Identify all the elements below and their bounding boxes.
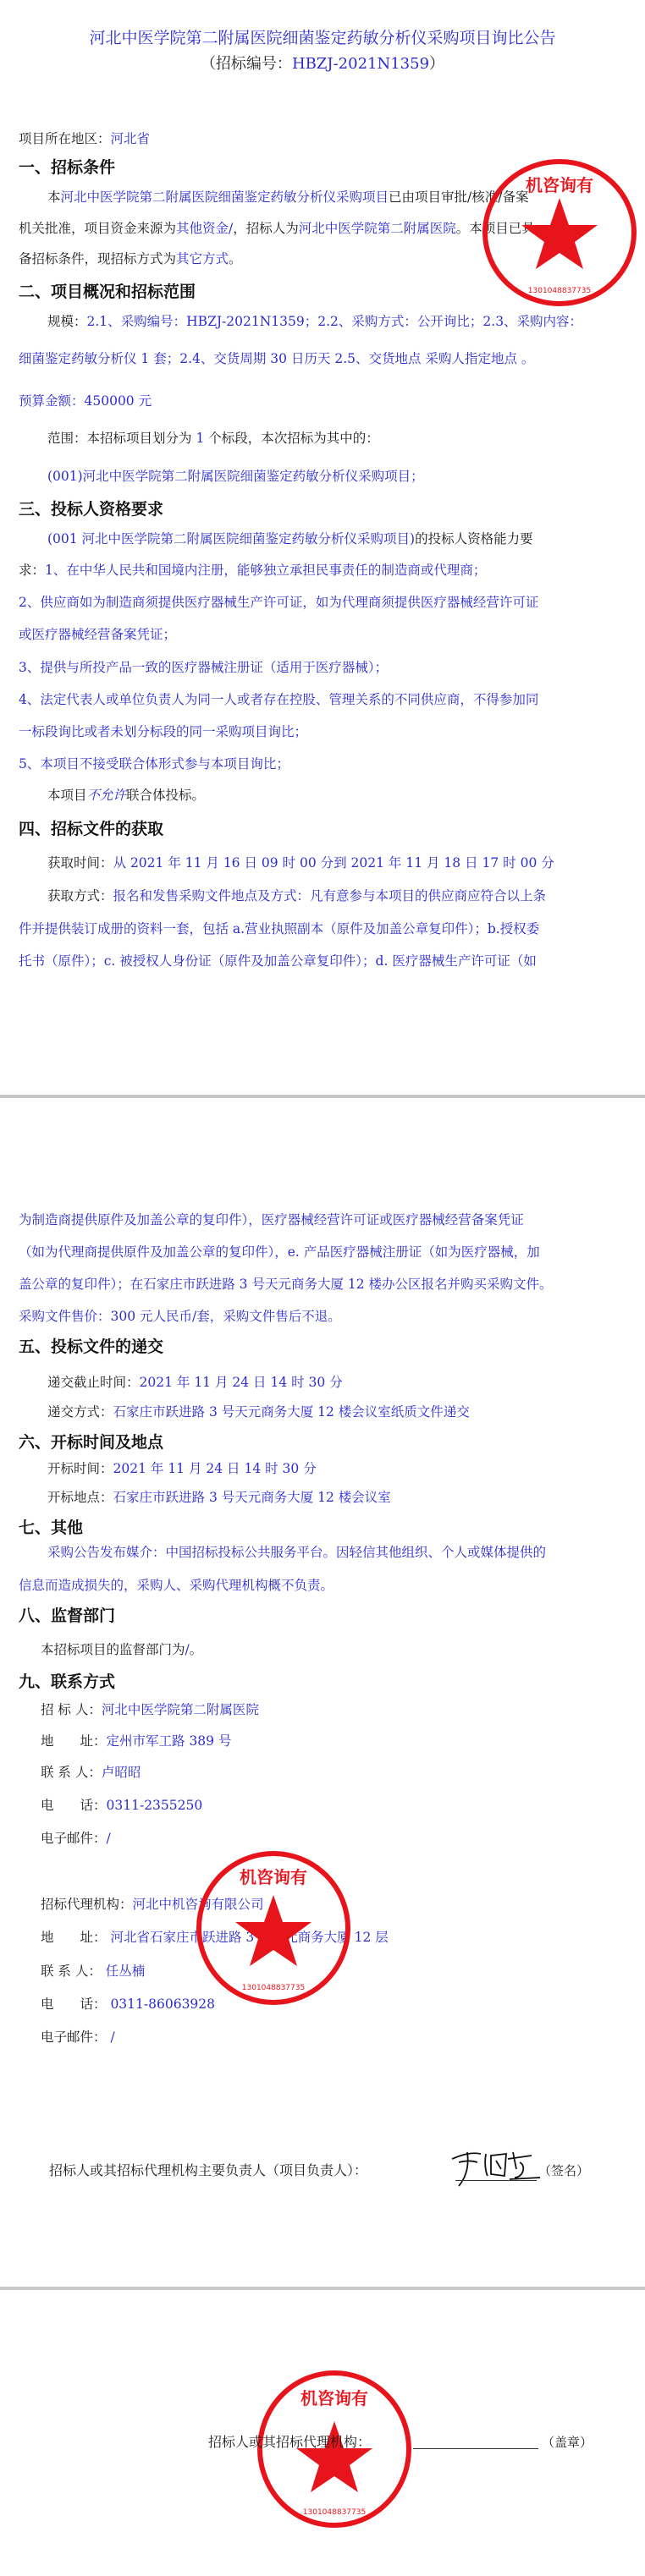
field-label: 联 系 人： (41, 1765, 102, 1780)
signature-label: 招标人或其招标代理机构主要负责人（项目负责人）： (49, 2162, 367, 2179)
requirement-2: 2、供应商如为制造商须提供医疗器械生产许可证，如为代理商须提供医疗器械经营许可证 (19, 594, 538, 611)
requirement-3: 3、提供与所投产品一致的医疗器械注册证（适用于医疗器械）； (19, 659, 388, 676)
text: ，招标人为 (233, 221, 299, 236)
opening-place-value: 石家庄市跃进路 3 号天元商务大厦 12 楼会议室 (113, 1490, 391, 1505)
svg-text:机咨询有: 机咨询有 (240, 1867, 307, 1887)
svg-text:1301048837735: 1301048837735 (303, 2508, 366, 2517)
submission-method: 递交方式：石家庄市跃进路 3 号天元商务大厦 12 楼会议室纸质文件递交 (47, 1403, 470, 1420)
text: 联合体投标。 (126, 788, 205, 803)
s4-method: 获取方式：报名和发售采购文件地点及方式：凡有意参与本项目的供应商应符合以上条 (47, 887, 546, 904)
section-heading-6: 六、开标时间及地点 (19, 1432, 163, 1453)
section-heading-7: 七、其他 (19, 1518, 83, 1538)
s4-line5: 为制造商提供原件及加盖公章的复印件），医疗器械经营许可证或医疗器械经营备案凭证 (19, 1211, 524, 1228)
text: 开标地点： (47, 1490, 113, 1505)
location-label: 项目所在地区： (19, 131, 111, 146)
text: 递交方式： (47, 1404, 113, 1420)
company-seal-icon: 机咨询有 1301048837735 (481, 157, 638, 308)
field-value: / (107, 1831, 111, 1846)
section-heading-9: 九、联系方式 (19, 1672, 115, 1692)
s4-time: 获取时间：从 2021 年 11 月 16 日 09 时 00 分到 2021 … (47, 854, 554, 871)
field-value: / (107, 2029, 115, 2045)
agency-contact-row: 联 系 人： 任丛楠 (41, 1963, 145, 1980)
text: 个标段，本次招标为其中的： (208, 431, 379, 446)
text: 开标时间： (47, 1461, 113, 1476)
text: 规模： (47, 314, 87, 329)
budget-amount: 预算金额：450000 元 (19, 393, 152, 409)
field-value: 任丛楠 (102, 1964, 145, 1979)
text: 范围：本招标项目划分为 (47, 431, 192, 446)
field-label: 电 话： (41, 1997, 107, 2012)
field-label: 招 标 人： (41, 1702, 102, 1717)
supervision-dept: 本招标项目的监督部门为/。 (41, 1641, 202, 1658)
text: 。 (190, 1642, 203, 1657)
tenderer-contact-row: 联 系 人：卢昭昭 (41, 1764, 141, 1781)
text: 获取时间： (47, 855, 113, 871)
stamp-suffix: （盖章） (542, 2434, 593, 2451)
submission-place: 石家庄市跃进路 3 号天元商务大厦 12 楼会议室纸质文件递交 (113, 1404, 470, 1420)
field-value: 卢昭昭 (102, 1765, 141, 1780)
deadline-value: 2021 年 11 月 24 日 14 时 30 分 (140, 1375, 343, 1390)
signature-underline (455, 2180, 537, 2181)
company-seal-icon: 机咨询有 1301048837735 (193, 1848, 354, 2008)
agency-email-row: 电子邮件： / (41, 2029, 115, 2046)
opening-place: 开标地点：石家庄市跃进路 3 号天元商务大厦 12 楼会议室 (47, 1489, 391, 1506)
agency-phone-row: 电 话： 0311-86063928 (41, 1996, 215, 2013)
tender-number: （招标编号：HBZJ-2021N1359） (0, 54, 645, 74)
field-value: 0311-2355250 (107, 1798, 203, 1813)
handwritten-signature-icon (447, 2144, 542, 2191)
requirement-4: 4、法定代表人或单位负责人为同一人或者存在控股、管理关系的不同供应商，不得参加同 (19, 691, 538, 708)
page-separator (0, 1095, 645, 1098)
text: 本 (47, 189, 61, 205)
s3-line2: 求：1、在中华人民共和国境内注册，能够独立承担民事责任的制造商或代理商； (19, 562, 486, 579)
field-label: 招标代理机构： (41, 1897, 133, 1912)
tender-number-code: HBZJ-2021N1359 (292, 55, 429, 73)
requirement-1: 1、在中华人民共和国境内注册，能够独立承担民事责任的制造商或代理商； (45, 563, 486, 578)
text: 备招标条件，现招标方式为 (19, 251, 176, 266)
document-price: 采购文件售价：300 元人民币/套，采购文件售后不退。 (19, 1308, 341, 1325)
location-value: 河北省 (111, 131, 151, 146)
section-heading-8: 八、监督部门 (19, 1606, 115, 1626)
s2-scope: 范围：本招标项目划分为 1 个标段，本次招标为其中的： (47, 430, 379, 447)
s7-line1: 采购公告发布媒介：中国招标投标公共服务平台。因轻信其他组织、个人或媒体提供的 (47, 1544, 546, 1561)
tenderer-address-row: 地 址：定州市军工路 389 号 (41, 1733, 231, 1749)
section-heading-5: 五、投标文件的递交 (19, 1337, 163, 1357)
tenderer-phone-row: 电 话：0311-2355250 (41, 1797, 202, 1814)
text: 的投标人资格能力要 (415, 531, 533, 547)
section-heading-4: 四、招标文件的获取 (19, 819, 163, 839)
s4-line6: （如为代理商提供原件及加盖公章的复印件），e. 产品医疗器械注册证（如为医疗器械… (19, 1244, 540, 1261)
svg-text:机咨询有: 机咨询有 (526, 175, 593, 195)
svg-text:机咨询有: 机咨询有 (300, 2388, 368, 2408)
field-label: 联 系 人： (41, 1964, 102, 1979)
s4-line7: 盖公章的复印件）；在石家庄市跃进路 3 号天元商务大厦 12 楼办公区报名并购买… (19, 1276, 553, 1293)
svg-text:1301048837735: 1301048837735 (242, 1984, 305, 1992)
fund-source: 其他资金/ (176, 221, 233, 236)
stamp-label: 招标人或其招标代理机构： (208, 2434, 371, 2451)
project-name: 河北中医学院第二附属医院细菌鉴定药敏分析仪采购项目 (61, 189, 389, 205)
field-label: 地 址： (41, 1930, 107, 1945)
text: 本招标项目的监督部门为 (41, 1642, 185, 1657)
project-location: 项目所在地区：河北省 (19, 130, 150, 147)
field-label: 电子邮件： (41, 1831, 107, 1846)
text: 递交截止时间： (47, 1375, 140, 1390)
requirement-5: 5、本项目不接受联合体形式参与本项目询比； (19, 755, 289, 772)
svg-text:1301048837735: 1301048837735 (528, 287, 591, 295)
acquisition-time: 从 2021 年 11 月 16 日 09 时 00 分到 2021 年 11 … (113, 855, 554, 871)
field-label: 电 话： (41, 1798, 107, 1813)
consortium-note: 本项目不允许联合体投标。 (47, 787, 205, 804)
requirement-2-cont: 或医疗器械经营备案凭证； (19, 626, 176, 643)
tenderer-name: 河北中医学院第二附属医院 (299, 221, 456, 236)
s1-line2: 机关批准，项目资金来源为其他资金/，招标人为河北中医学院第二附属医院。本项目已具 (19, 220, 535, 237)
field-value: 河北中医学院第二附属医院 (102, 1702, 259, 1717)
text: 。 (229, 251, 242, 266)
text: 本项目 (47, 788, 87, 803)
lot-count: 1 (192, 431, 209, 446)
page-separator (0, 2287, 645, 2290)
lot-name: (001 河北中医学院第二附属医院细菌鉴定药敏分析仪采购项目) (47, 531, 415, 547)
s2-line1: 规模：2.1、采购编号：HBZJ-2021N1359；2.2、采购方式：公开询比… (47, 313, 582, 330)
text: 机关批准，项目资金来源为 (19, 221, 176, 236)
submission-deadline: 递交截止时间：2021 年 11 月 24 日 14 时 30 分 (47, 1374, 343, 1391)
s1-line1: 本河北中医学院第二附属医院细菌鉴定药敏分析仪采购项目已由项目审批/核准/备案 (47, 189, 528, 206)
tender-number-suffix: ） (429, 55, 444, 73)
section-heading-3: 三、投标人资格要求 (19, 499, 163, 519)
opening-time: 开标时间：2021 年 11 月 24 日 14 时 30 分 (47, 1460, 317, 1477)
section-heading-1: 一、招标条件 (19, 157, 115, 178)
document-title: 河北中医学院第二附属医院细菌鉴定药敏分析仪采购项目询比公告 (0, 27, 645, 49)
s4-line4: 托书（原件）；c. 被授权人身份证（原件及加盖公章复印件）；d. 医疗器械生产许… (19, 953, 537, 969)
s2-line2: 细菌鉴定药敏分析仪 1 套；2.4、交货周期 30 日历天 2.5、交货地点 采… (19, 350, 534, 367)
s7-line2: 信息而造成损失的，采购人、采购代理机构概不负责。 (19, 1577, 334, 1594)
tenderer-row: 招 标 人：河北中医学院第二附属医院 (41, 1701, 259, 1718)
requirement-4-cont: 一标段询比或者未划分标段的同一采购项目询比； (19, 723, 307, 740)
s3-line1: (001 河北中医学院第二附属医院细菌鉴定药敏分析仪采购项目)的投标人资格能力要 (47, 530, 533, 547)
opening-time-value: 2021 年 11 月 24 日 14 时 30 分 (113, 1461, 317, 1476)
s2-lot: (001)河北中医学院第二附属医院细菌鉴定药敏分析仪采购项目； (47, 468, 424, 485)
s4-line3: 件并提供装订成册的资料一套，包括 a.营业执照副本（原件及加盖公章复印件）；b.… (19, 920, 539, 937)
field-value: 定州市军工路 389 号 (107, 1733, 232, 1749)
signature-suffix: （签名） (538, 2162, 589, 2179)
tender-number-prefix: （招标编号： (201, 55, 292, 73)
text: 获取方式： (47, 888, 113, 904)
section-heading-2: 二、项目概况和招标范围 (19, 282, 196, 302)
field-label: 电子邮件： (41, 2029, 107, 2045)
tender-method: 其它方式 (176, 251, 229, 266)
text: 求： (19, 563, 45, 578)
s1-line3: 备招标条件，现招标方式为其它方式。 (19, 250, 242, 267)
scale-detail: 2.1、采购编号：HBZJ-2021N1359；2.2、采购方式：公开询比；2.… (87, 314, 583, 329)
tenderer-email-row: 电子邮件：/ (41, 1830, 111, 1847)
stamp-line (413, 2448, 538, 2449)
acquisition-method: 报名和发售采购文件地点及方式：凡有意参与本项目的供应商应符合以上条 (113, 888, 547, 904)
field-label: 地 址： (41, 1733, 107, 1749)
consortium-value: 不允许 (87, 788, 127, 803)
